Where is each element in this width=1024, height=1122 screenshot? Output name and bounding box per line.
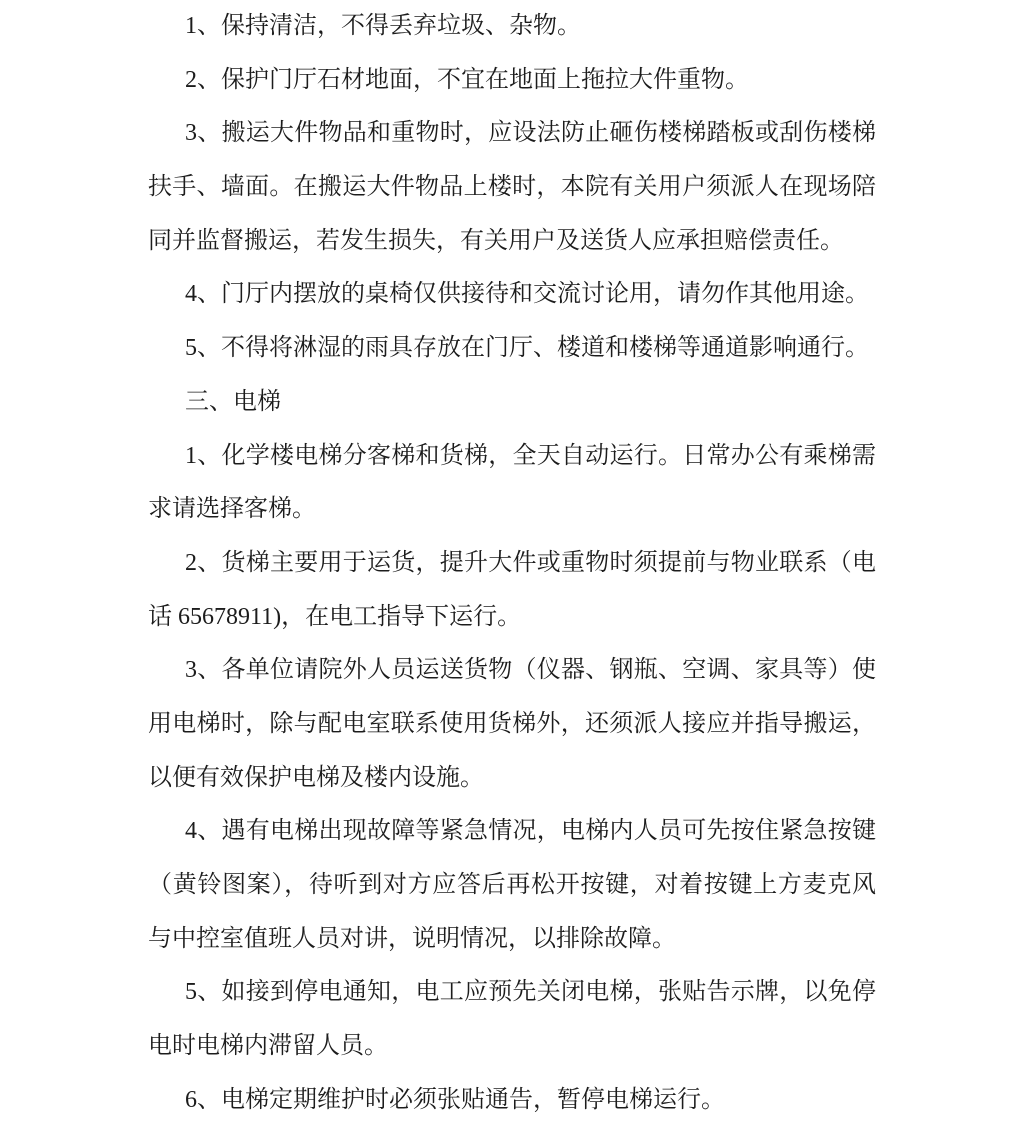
document-line: 与中控室值班人员对讲，说明情况，以排除故障。 <box>148 913 876 967</box>
document-line: 求请选择客梯。 <box>148 483 876 537</box>
document-line: 2、货梯主要用于运货，提升大件或重物时须提前与物业联系（电 <box>148 537 876 591</box>
document-line: 用电梯时，除与配电室联系使用货梯外，还须派人接应并指导搬运， <box>148 698 876 752</box>
document-line: 话 65678911)，在电工指导下运行。 <box>148 591 876 645</box>
document-line: 4、遇有电梯出现故障等紧急情况，电梯内人员可先按住紧急按键 <box>148 805 876 859</box>
document-line: 5、不得将淋湿的雨具存放在门厅、楼道和楼梯等通道影响通行。 <box>148 322 876 376</box>
document-line: 3、搬运大件物品和重物时，应设法防止砸伤楼梯踏板或刮伤楼梯 <box>148 107 876 161</box>
document-line: 1、保持清洁，不得丢弃垃圾、杂物。 <box>148 0 876 54</box>
document-line: 电时电梯内滞留人员。 <box>148 1020 876 1074</box>
document-line: （黄铃图案），待听到对方应答后再松开按键，对着按键上方麦克风 <box>148 859 876 913</box>
document-line: 3、各单位请院外人员运送货物（仪器、钢瓶、空调、家具等）使 <box>148 644 876 698</box>
document-line: 扶手、墙面。在搬运大件物品上楼时，本院有关用户须派人在现场陪 <box>148 161 876 215</box>
document-line: 1、化学楼电梯分客梯和货梯，全天自动运行。日常办公有乘梯需 <box>148 430 876 484</box>
document-line: 5、如接到停电通知，电工应预先关闭电梯，张贴告示牌，以免停 <box>148 966 876 1020</box>
document-line: 4、门厅内摆放的桌椅仅供接待和交流讨论用，请勿作其他用途。 <box>148 268 876 322</box>
document-line: 以便有效保护电梯及楼内设施。 <box>148 752 876 806</box>
document-line: 2、保护门厅石材地面，不宜在地面上拖拉大件重物。 <box>148 54 876 108</box>
document-line: 同并监督搬运，若发生损失，有关用户及送货人应承担赔偿责任。 <box>148 215 876 269</box>
document-section-heading: 三、电梯 <box>148 376 876 430</box>
document-page: 1、保持清洁，不得丢弃垃圾、杂物。 2、保护门厅石材地面，不宜在地面上拖拉大件重… <box>0 0 1024 1122</box>
document-text-block: 1、保持清洁，不得丢弃垃圾、杂物。 2、保护门厅石材地面，不宜在地面上拖拉大件重… <box>148 0 876 1122</box>
document-line: 6、电梯定期维护时必须张贴通告，暂停电梯运行。 <box>148 1074 876 1122</box>
